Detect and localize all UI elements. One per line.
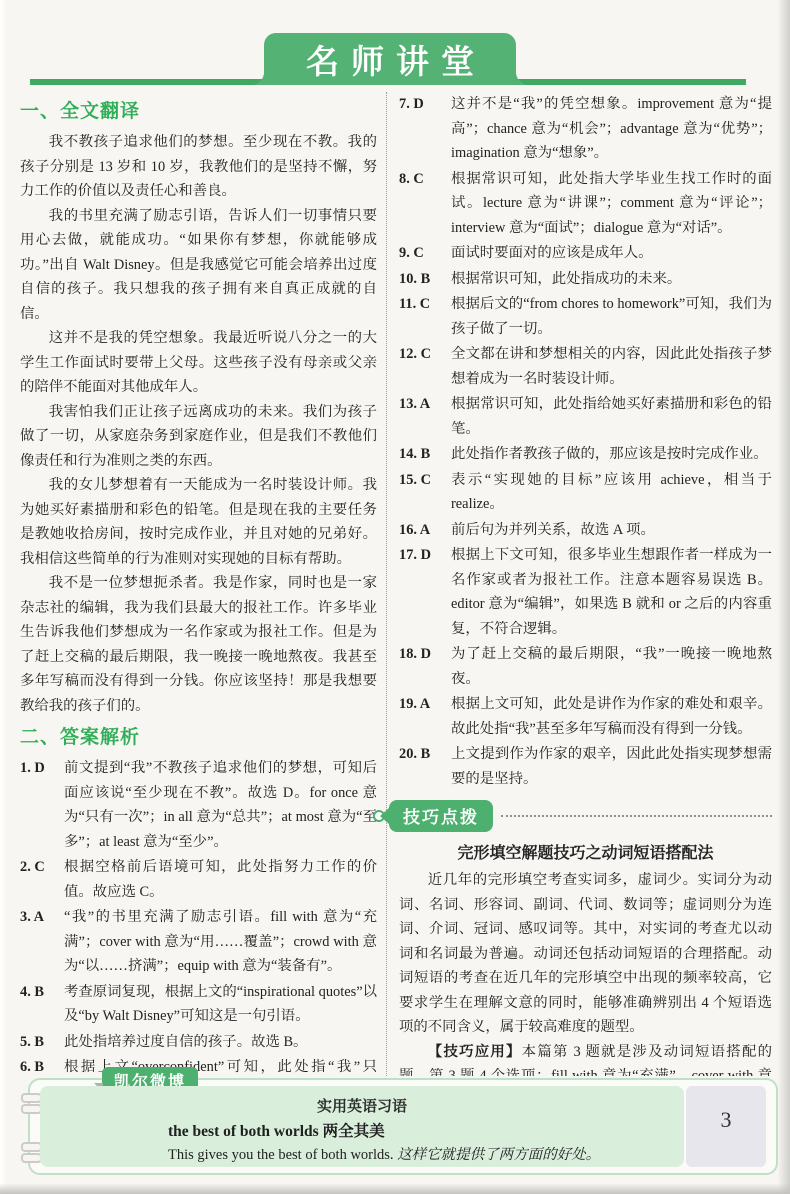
tips-title: 完形填空解题技巧之动词短语搭配法	[399, 840, 772, 863]
answer-text: 根据后文的“from chores to homework”可知，我们为孩子做了…	[451, 292, 772, 341]
footer-example-en: This gives you the best of both worlds.	[168, 1147, 394, 1163]
answer-label: 7. D	[399, 92, 451, 166]
dotted-rule	[501, 815, 772, 817]
answer-label: 20. B	[399, 742, 451, 791]
answer-text: 根据上文可知，此处是讲作为作家的难处和艰辛。故此处指“我”甚至多年写稿而没有得到…	[451, 692, 772, 741]
answer-text: 考查原词复现，根据上文的“inspirational quotes”以及“by …	[64, 980, 377, 1029]
footer-example: This gives you the best of both worlds. …	[168, 1143, 684, 1164]
answer-text: 此处指培养过度自信的孩子。故选 B。	[64, 1030, 377, 1055]
answer-label: 17. D	[399, 543, 451, 641]
scan-edge-bottom	[0, 1182, 790, 1194]
answer-label: 14. B	[399, 442, 451, 467]
binder-mark	[21, 1093, 42, 1103]
page-number-panel: 3	[686, 1086, 766, 1167]
answer-text: 上文提到作为作家的艰辛，因此此处指实现梦想需要的是坚持。	[451, 742, 772, 791]
answer-text: 根据上下文可知，很多毕业生想跟作者一样成为一名作家或者为报社工作。注意本题容易误…	[451, 543, 772, 641]
answer-label: 11. C	[399, 292, 451, 341]
translation-paragraph: 我的女儿梦想着有一天能成为一名时装设计师。我为她买好素描册和彩色的铅笔。但是现在…	[20, 473, 377, 571]
right-column: 7. D 这并不是“我”的凭空想象。improvement 意为“提高”；cha…	[386, 92, 772, 1076]
answer-text: 此处指作者教孩子做的，那应该是按时完成作业。	[451, 442, 772, 467]
tips-tag: 技巧点拨	[389, 800, 493, 832]
tips-application-label: 【技巧应用】	[428, 1044, 522, 1060]
binder-mark	[21, 1153, 42, 1163]
page-banner: 名师讲堂	[264, 33, 516, 85]
binder-mark	[21, 1142, 42, 1152]
answer-label: 1. D	[20, 756, 64, 854]
answer-item: 5. B 此处指培养过度自信的孩子。故选 B。	[20, 1030, 377, 1055]
tips-paragraph: 近几年的完形填空考查实词多，虚词少。实词分为动词、名词、形容词、副词、代词、数词…	[399, 868, 772, 1040]
footer-title: 实用英语习语	[40, 1095, 684, 1116]
answer-label: 19. A	[399, 692, 451, 741]
answer-text: 根据常识可知，此处指成功的未来。	[451, 267, 772, 292]
answer-item: 3. A “我”的书里充满了励志引语。fill with 意为“充满”；cove…	[20, 905, 377, 979]
banner-title: 名师讲堂	[294, 36, 486, 83]
answer-label: 15. C	[399, 468, 451, 517]
scan-edge-left	[0, 0, 7, 1194]
answer-item: 4. B 考查原词复现，根据上文的“inspirational quotes”以…	[20, 980, 377, 1029]
answer-text: 根据常识可知，此处指大学毕业生找工作时的面试。lecture 意为“讲课”；co…	[451, 167, 772, 241]
answer-item: 11. C 根据后文的“from chores to homework”可知，我…	[399, 292, 772, 341]
answer-item: 15. C 表示“实现她的目标”应该用 achieve，相当于 realize。	[399, 468, 772, 517]
answer-item: 20. B 上文提到作为作家的艰辛，因此此处指实现梦想需要的是坚持。	[399, 742, 772, 791]
answer-label: 12. C	[399, 342, 451, 391]
page-content: 一、全文翻译 我不教孩子追求他们的梦想。至少现在不教。我的孩子分别是 13 岁和…	[20, 92, 772, 1076]
answer-label: 5. B	[20, 1030, 64, 1055]
answer-text: 根据常识可知，此处指给她买好素描册和彩色的铅笔。	[451, 392, 772, 441]
translation-paragraph: 我害怕我们正让孩子远离成功的未来。我们为孩子做了一切，从家庭杂务到家庭作业，但是…	[20, 400, 377, 474]
answer-text: 表示“实现她的目标”应该用 achieve，相当于 realize。	[451, 468, 772, 517]
answer-label: 9. C	[399, 241, 451, 266]
left-column: 一、全文翻译 我不教孩子追求他们的梦想。至少现在不教。我的孩子分别是 13 岁和…	[20, 92, 386, 1076]
answer-label: 2. C	[20, 855, 64, 904]
answer-label: 16. A	[399, 518, 451, 543]
answer-item: 9. C 面试时要面对的应该是成年人。	[399, 241, 772, 266]
answer-label: 6. B	[20, 1055, 64, 1076]
answer-text: 这并不是“我”的凭空想象。improvement 意为“提高”；chance 意…	[451, 92, 772, 166]
answer-label: 10. B	[399, 267, 451, 292]
answer-item: 8. C 根据常识可知，此处指大学毕业生找工作时的面试。lecture 意为“讲…	[399, 167, 772, 241]
page-number: 3	[721, 1107, 732, 1133]
answer-item: 6. B 根据上文“overconfident”可知，此处指“我”只想“我”的孩…	[20, 1055, 377, 1076]
tips-tag-row: 技巧点拨	[373, 800, 772, 832]
answer-label: 3. A	[20, 905, 64, 979]
translation-paragraph: 我的书里充满了励志引语，告诉人们一切事情只要用心去做，就能成功。“如果你有梦想，…	[20, 204, 377, 327]
answer-text: 根据空格前后语境可知，此处指努力工作的价值。故应选 C。	[64, 855, 377, 904]
answer-item: 12. C 全文都在讲和梦想相关的内容，因此此处指孩子梦想着成为一名时装设计师。	[399, 342, 772, 391]
answer-label: 4. B	[20, 980, 64, 1029]
translation-paragraph: 这并不是我的凭空想象。我最近听说八分之一的大学生工作面试时要带上父母。这些孩子没…	[20, 326, 377, 400]
scan-edge-right	[776, 0, 790, 1194]
answer-item: 1. D 前文提到“我”不教孩子追求他们的梦想，可知后面应该说“至少现在不教”。…	[20, 756, 377, 854]
answer-item: 19. A 根据上文可知，此处是讲作为作家的难处和艰辛。故此处指“我”甚至多年写…	[399, 692, 772, 741]
answer-label: 18. D	[399, 642, 451, 691]
footer-idiom: the best of both worlds 两全其美	[168, 1119, 684, 1141]
footer-idiom-panel: 实用英语习语 the best of both worlds 两全其美 This…	[40, 1086, 684, 1167]
answer-text: “我”的书里充满了励志引语。fill with 意为“充满”；cover wit…	[64, 905, 377, 979]
answer-item: 7. D 这并不是“我”的凭空想象。improvement 意为“提高”；cha…	[399, 92, 772, 166]
answer-text: 为了赶上交稿的最后期限，“我”一晚接一晚地熬夜。	[451, 642, 772, 691]
answer-item: 10. B 根据常识可知，此处指成功的未来。	[399, 267, 772, 292]
answer-item: 17. D 根据上下文可知，很多毕业生想跟作者一样成为一名作家或者为报社工作。注…	[399, 543, 772, 641]
answer-text: 前文提到“我”不教孩子追求他们的梦想，可知后面应该说“至少现在不教”。故选 D。…	[64, 756, 377, 854]
answer-item: 2. C 根据空格前后语境可知，此处指努力工作的价值。故应选 C。	[20, 855, 377, 904]
footer-example-zh: 这样它就提供了两方面的好处。	[397, 1147, 600, 1163]
binder-mark	[21, 1104, 42, 1114]
answer-text: 前后句为并列关系，故选 A 项。	[451, 518, 772, 543]
translation-paragraph: 我不是一位梦想扼杀者。我是作家，同时也是一家杂志社的编辑，我为我们县最大的报社工…	[20, 571, 377, 718]
translation-paragraph: 我不教孩子追求他们的梦想。至少现在不教。我的孩子分别是 13 岁和 10 岁，我…	[20, 130, 377, 204]
answer-item: 16. A 前后句为并列关系，故选 A 项。	[399, 518, 772, 543]
section-title-analysis: 二、答案解析	[20, 722, 377, 749]
answer-item: 14. B 此处指作者教孩子做的，那应该是按时完成作业。	[399, 442, 772, 467]
answer-label: 8. C	[399, 167, 451, 241]
answer-item: 13. A 根据常识可知，此处指给她买好素描册和彩色的铅笔。	[399, 392, 772, 441]
answer-text: 面试时要面对的应该是成年人。	[451, 241, 772, 266]
answer-label: 13. A	[399, 392, 451, 441]
footer-box: 凯尔微博 实用英语习语 the best of both worlds 两全其美…	[28, 1078, 778, 1175]
tips-paragraph: 【技巧应用】本篇第 3 题就是涉及动词短语搭配的题。第 3 题 4 个选项：fi…	[399, 1040, 772, 1077]
section-title-translation: 一、全文翻译	[20, 96, 377, 123]
answer-text: 全文都在讲和梦想相关的内容，因此此处指孩子梦想着成为一名时装设计师。	[451, 342, 772, 391]
answer-item: 18. D 为了赶上交稿的最后期限，“我”一晚接一晚地熬夜。	[399, 642, 772, 691]
